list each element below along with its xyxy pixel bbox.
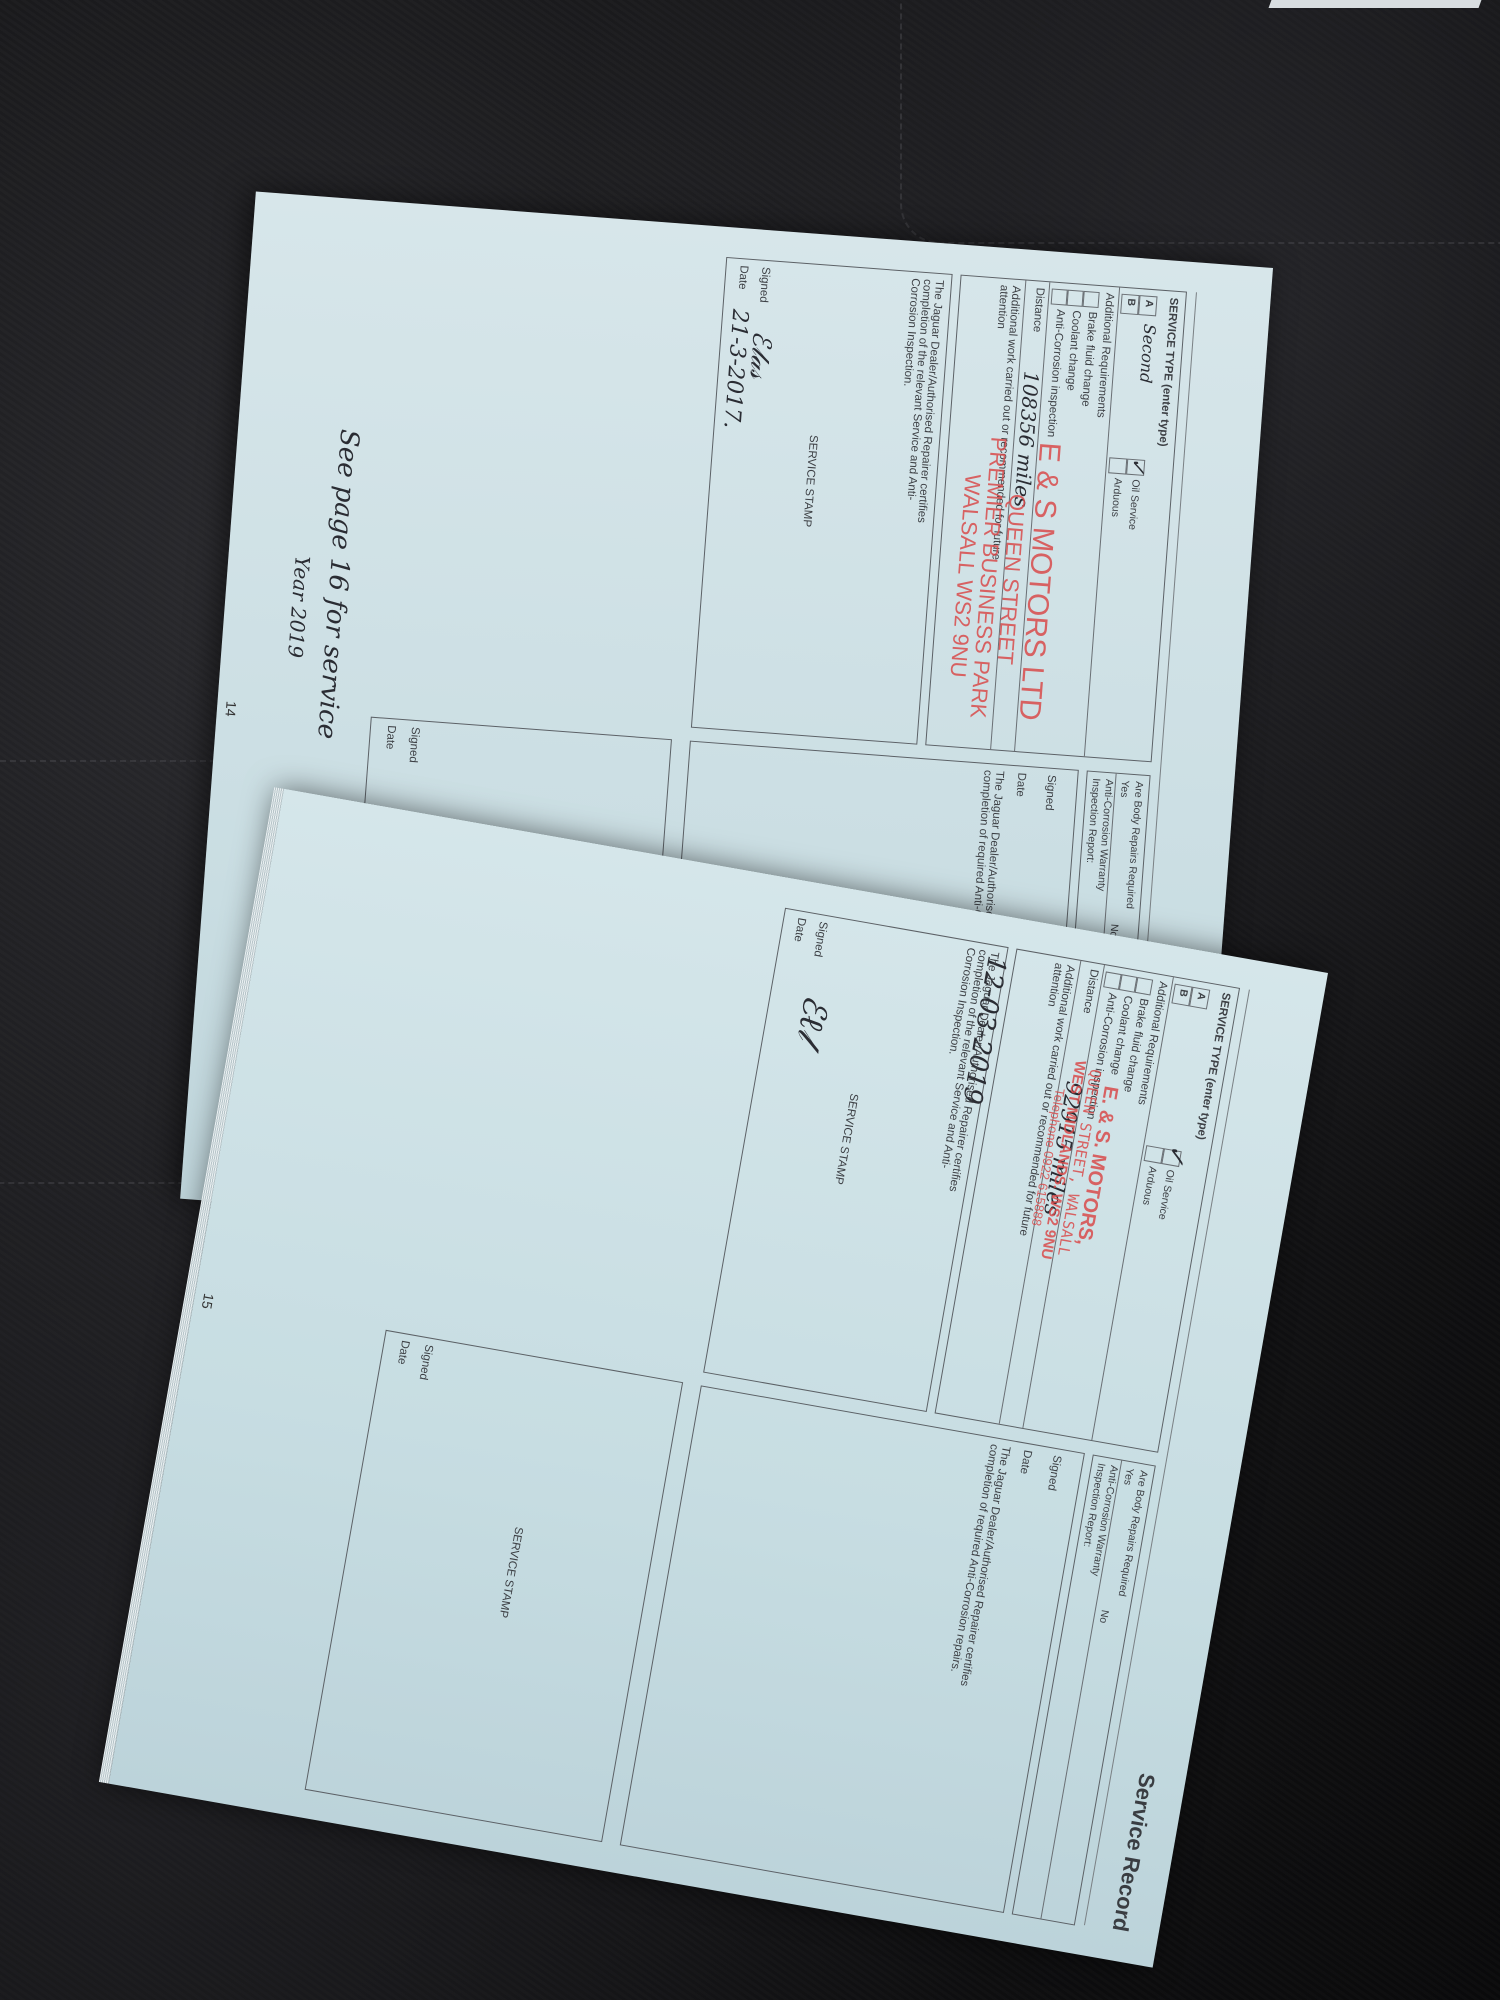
anticorrosion-inspection-label: Anti-Corrosion inspection	[1045, 309, 1067, 438]
signed-label: Signed	[1043, 774, 1058, 811]
signed-label: Signed	[407, 727, 422, 764]
brake-fluid-checkbox[interactable]	[1083, 291, 1100, 308]
date-label: Date	[736, 265, 750, 290]
date-label: Date	[1017, 1449, 1033, 1475]
seat-seam	[900, 0, 1500, 244]
service-date-handwritten: 21-3-2017.	[718, 308, 752, 429]
yes-label: Yes	[1121, 1467, 1136, 1486]
anticorrosion-inspection-checkbox[interactable]	[1051, 288, 1068, 305]
signed-label: Signed	[757, 267, 772, 304]
row-a-label: A	[1194, 991, 1207, 1001]
certify-service-box: The Jaguar Dealer/Authorised Repairer ce…	[691, 257, 953, 745]
arduous-checkbox[interactable]	[1144, 1145, 1165, 1164]
signed-label: Signed	[417, 1343, 435, 1380]
date-label: Date	[395, 1339, 411, 1365]
arduous-label: Arduous	[1109, 478, 1124, 518]
service-stamp-label: SERVICE STAMP	[800, 435, 819, 528]
yes-label: Yes	[1118, 780, 1131, 798]
row-a-label: A	[1143, 299, 1156, 307]
arduous-checkbox[interactable]	[1108, 457, 1127, 474]
signature: ℰℓ𝓁	[789, 992, 836, 1044]
service-stamp-label: SERVICE STAMP	[832, 1092, 860, 1185]
handwritten-note: See page 16 for service	[311, 428, 364, 740]
distance-label: Distance	[1031, 287, 1046, 333]
coolant-checkbox[interactable]	[1119, 974, 1138, 993]
signed-label: Signed	[811, 921, 829, 958]
coolant-label: Coolant change	[1064, 310, 1082, 391]
anticorrosion-inspection-checkbox[interactable]	[1103, 971, 1122, 990]
oil-service-label: Oil Service	[1126, 479, 1142, 531]
repairs-box: Signed Date The Jaguar Dealer/Authorised…	[620, 1385, 1085, 1913]
date-label: Date	[383, 725, 397, 750]
row-b-label: B	[1177, 988, 1190, 998]
date-label: Date	[791, 917, 807, 943]
arduous-label: Arduous	[1140, 1165, 1159, 1206]
oil-service-tick: ✓	[1126, 457, 1151, 476]
paper-corner	[1269, 0, 1482, 8]
service-type-label: SERVICE TYPE (enter type)	[1156, 297, 1179, 447]
body-repairs-label: Are Body Repairs Required	[1124, 781, 1146, 909]
page-number: 15	[199, 1292, 217, 1310]
row-b-label: B	[1125, 298, 1138, 306]
page-number: 14	[222, 701, 239, 718]
no-label: No	[1097, 1609, 1111, 1624]
certify-repairs-text: The Jaguar Dealer/Authorised Repairer ce…	[943, 1443, 1012, 1703]
date-label: Date	[1014, 772, 1028, 797]
row-a-handwritten: Second	[1136, 323, 1159, 384]
service-stamp-label: SERVICE STAMP	[497, 1526, 525, 1619]
handwritten-note-year: Year 2019	[283, 555, 315, 659]
page-title: Service Record	[1107, 1771, 1160, 1933]
certify-service-text: The Jaguar Dealer/Authorised Repairer ce…	[890, 278, 945, 540]
service-record-page-15: Service Record SERVICE TYPE (enter type)…	[109, 789, 1328, 1968]
oil-service-label: Oil Service	[1156, 1169, 1177, 1221]
signed-label: Signed	[1045, 1454, 1063, 1491]
dealer-stamp: E & S MOTORS LTD QUEEN STREET PREMIER BU…	[943, 425, 1066, 732]
coolant-checkbox[interactable]	[1067, 290, 1084, 307]
brake-fluid-checkbox[interactable]	[1135, 977, 1154, 996]
